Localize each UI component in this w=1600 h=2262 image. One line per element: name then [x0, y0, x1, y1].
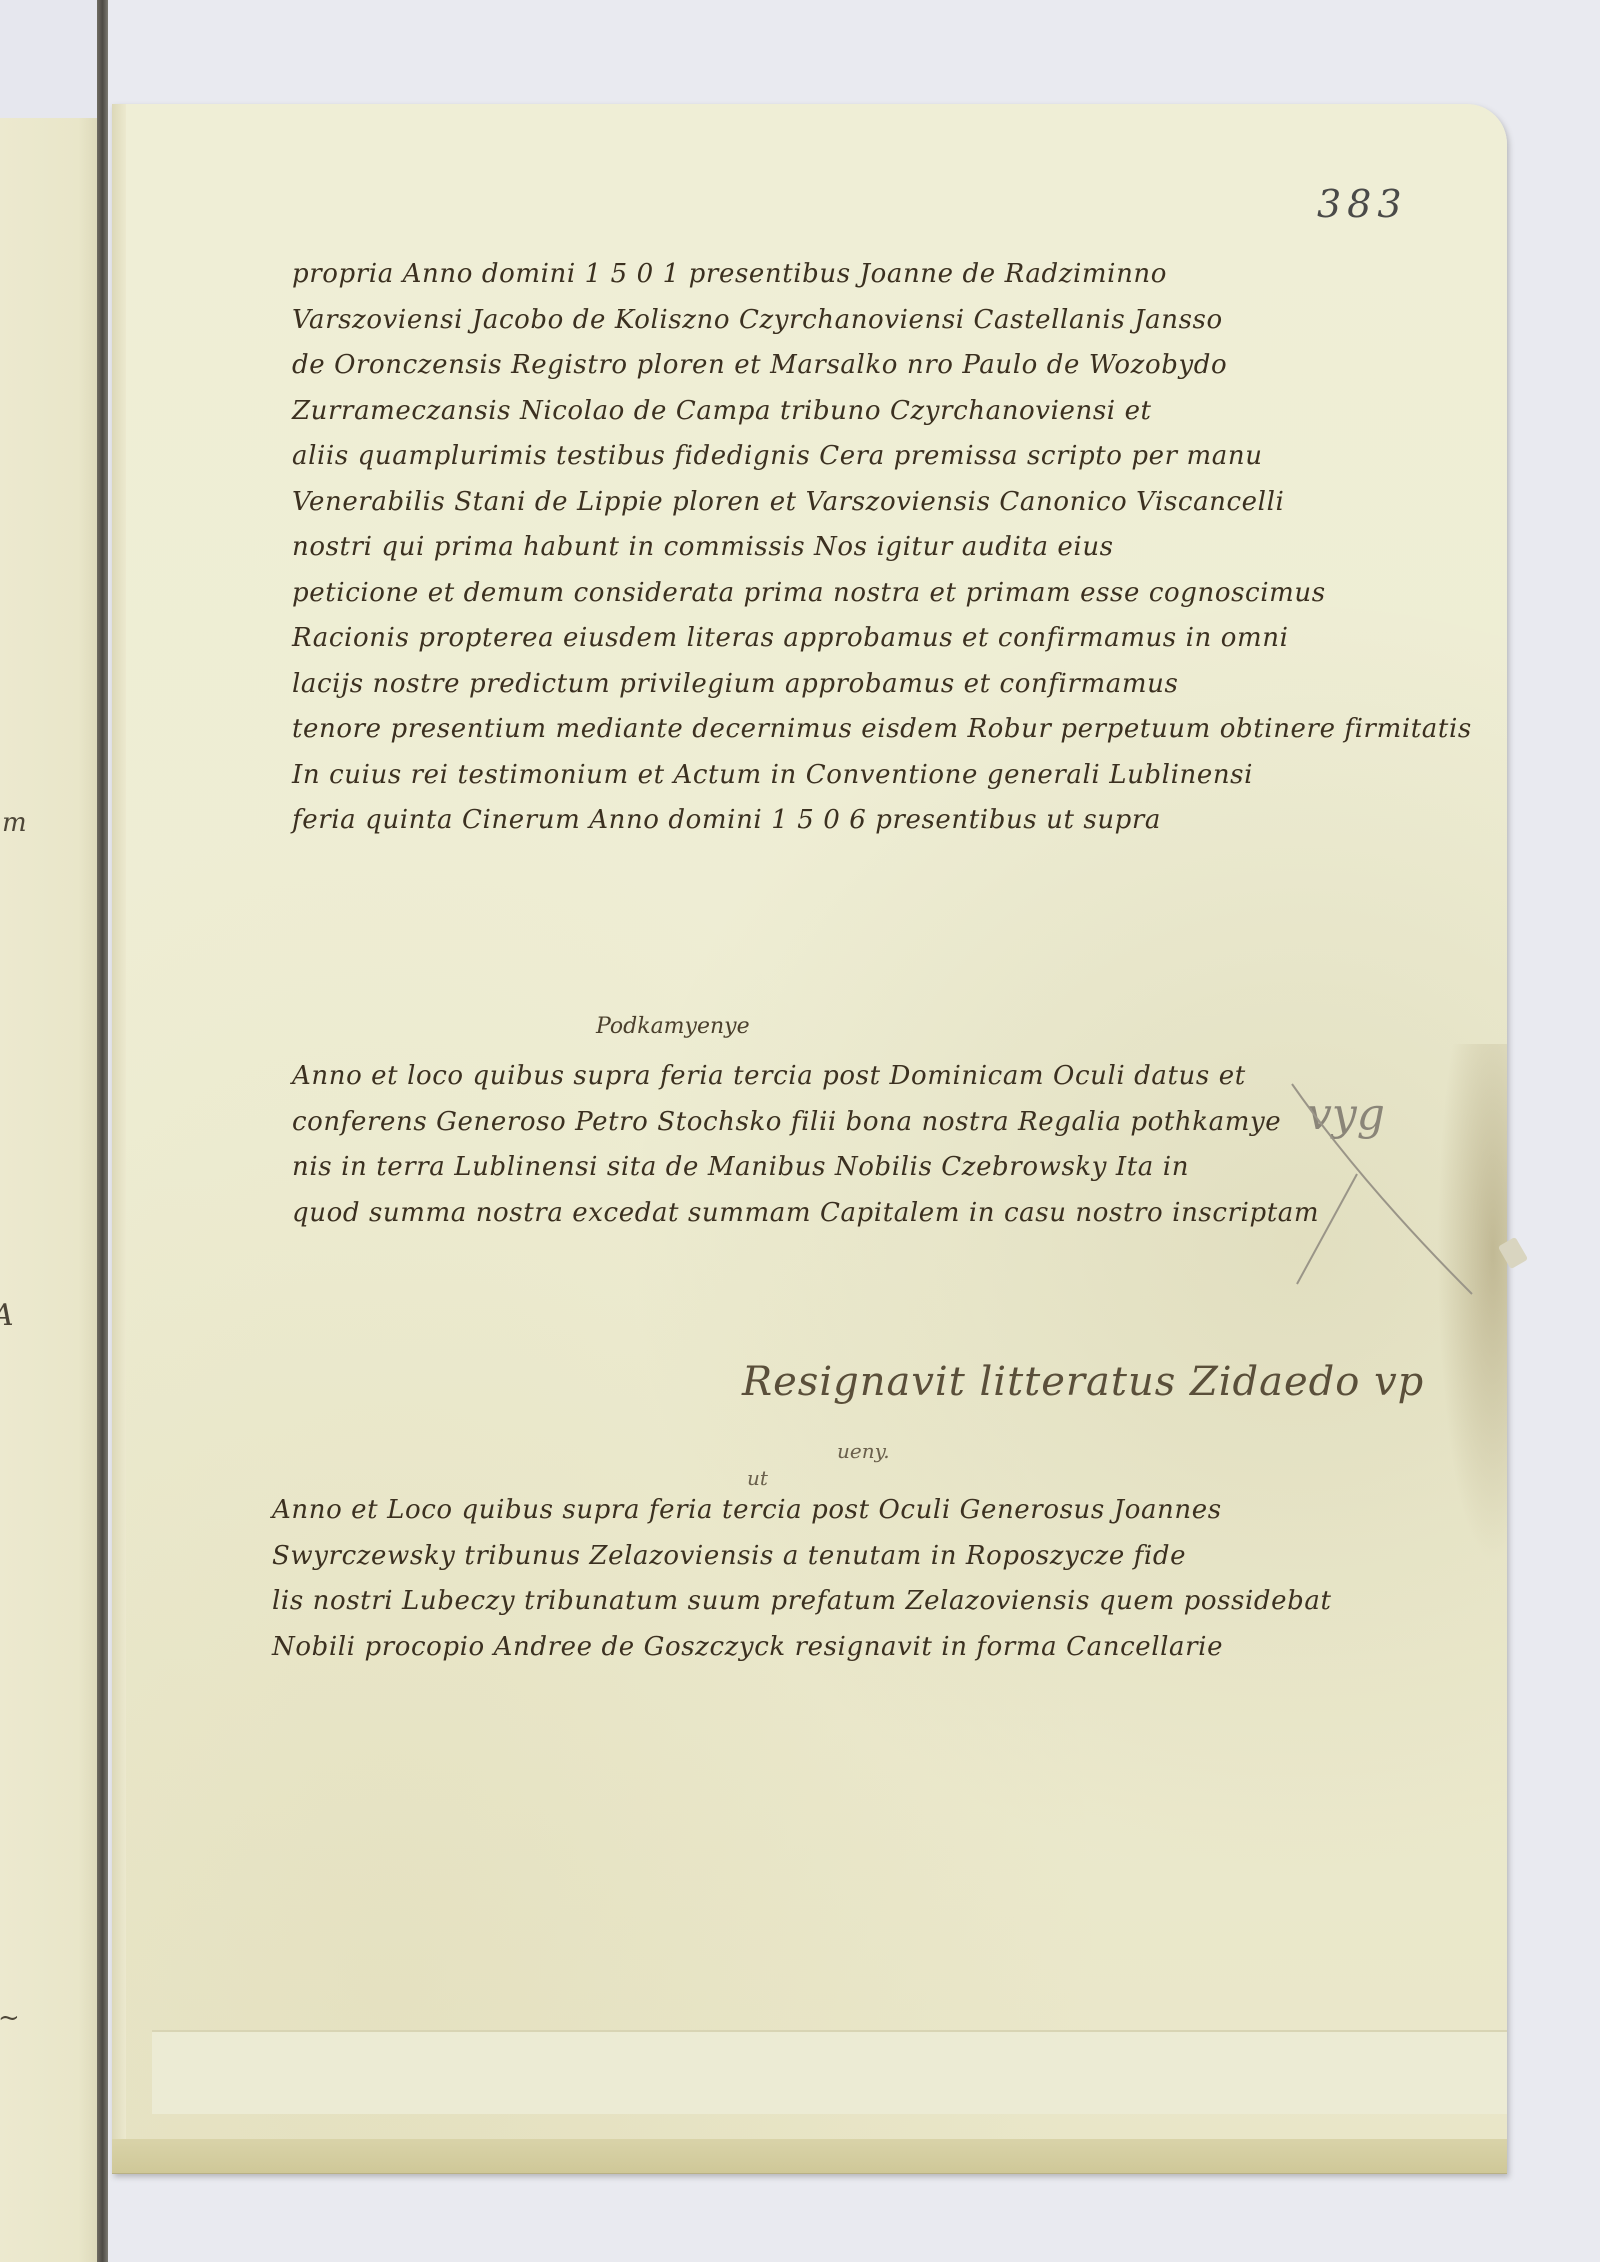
entry-2-line: nis in terra Lublinensi sita de Manibus … [292, 1145, 1319, 1191]
entry-1-line: aliis quamplurimis testibus fidedignis C… [292, 434, 1472, 480]
entry-3-line: lis nostri Lubeczy tribunatum suum prefa… [272, 1579, 1332, 1625]
entry-2-line: Anno et loco quibus supra feria tercia p… [292, 1054, 1319, 1100]
entry-1-line: peticione et demum considerata prima nos… [292, 571, 1472, 617]
entry-1-line: In cuius rei testimonium et Actum in Con… [292, 753, 1472, 799]
facing-page: m A ~ [0, 118, 98, 2262]
margin-note-left-3: ~ [0, 2003, 20, 2033]
entry-3-line: Swyrczewsky tribunus Zelazoviensis a ten… [272, 1534, 1332, 1580]
margin-note-left-2: A [0, 1298, 14, 1333]
margin-note-left-1: m [2, 808, 27, 838]
entry-1-line: feria quinta Cinerum Anno domini 1 5 0 6… [292, 798, 1472, 844]
entry-3-text: Anno et Loco quibus supra feria tercia p… [272, 1488, 1332, 1670]
entry-1-text: propria Anno domini 1 5 0 1 presentibus … [292, 252, 1472, 844]
entry-3-interlinear-note: ut [747, 1466, 768, 1490]
entry-3-heading: Resignavit litteratus Zidaedo vp [742, 1359, 1424, 1405]
entry-1-line: lacijs nostre predictum privilegium appr… [292, 662, 1472, 708]
entry-1-line: de Oronczensis Registro ploren et Marsal… [292, 343, 1472, 389]
background-top-left [0, 0, 98, 118]
entry-1-line: propria Anno domini 1 5 0 1 presentibus … [292, 252, 1472, 298]
entry-1-line: Venerabilis Stani de Lippie ploren et Va… [292, 480, 1472, 526]
entry-3-heading-sub: ueny. [837, 1439, 890, 1463]
entry-2-text: Anno et loco quibus supra feria tercia p… [292, 1054, 1319, 1236]
folio-bottom-edge [112, 2139, 1507, 2174]
entry-3-line: Nobili procopio Andree de Goszczyck resi… [272, 1625, 1332, 1671]
book-spine [97, 0, 108, 2262]
entry-2-heading: Podkamyenye [596, 1014, 750, 1039]
folio-gutter-edge [112, 104, 126, 2174]
entry-1-line: Zurrameczansis Nicolao de Campa tribuno … [292, 389, 1472, 435]
entry-2-line: quod summa nostra excedat summam Capital… [292, 1191, 1319, 1237]
entry-1-line: Varszoviensi Jacobo de Koliszno Czyrchan… [292, 298, 1472, 344]
entry-1-line: tenore presentium mediante decernimus ei… [292, 707, 1472, 753]
manuscript-folio: 383 propria Anno domini 1 5 0 1 presenti… [112, 104, 1507, 2174]
folio-number: 383 [1317, 182, 1408, 226]
entry-1-line: Racionis propterea eiusdem literas appro… [292, 616, 1472, 662]
bottom-paper-repair-strip [152, 2030, 1507, 2114]
entry-2-line: conferens Generoso Petro Stochsko filii … [292, 1100, 1319, 1146]
entry-3-line: Anno et Loco quibus supra feria tercia p… [272, 1488, 1332, 1534]
pencil-cross-mark-icon [1282, 1064, 1482, 1304]
entry-1-line: nostri qui prima habunt in commissis Nos… [292, 525, 1472, 571]
